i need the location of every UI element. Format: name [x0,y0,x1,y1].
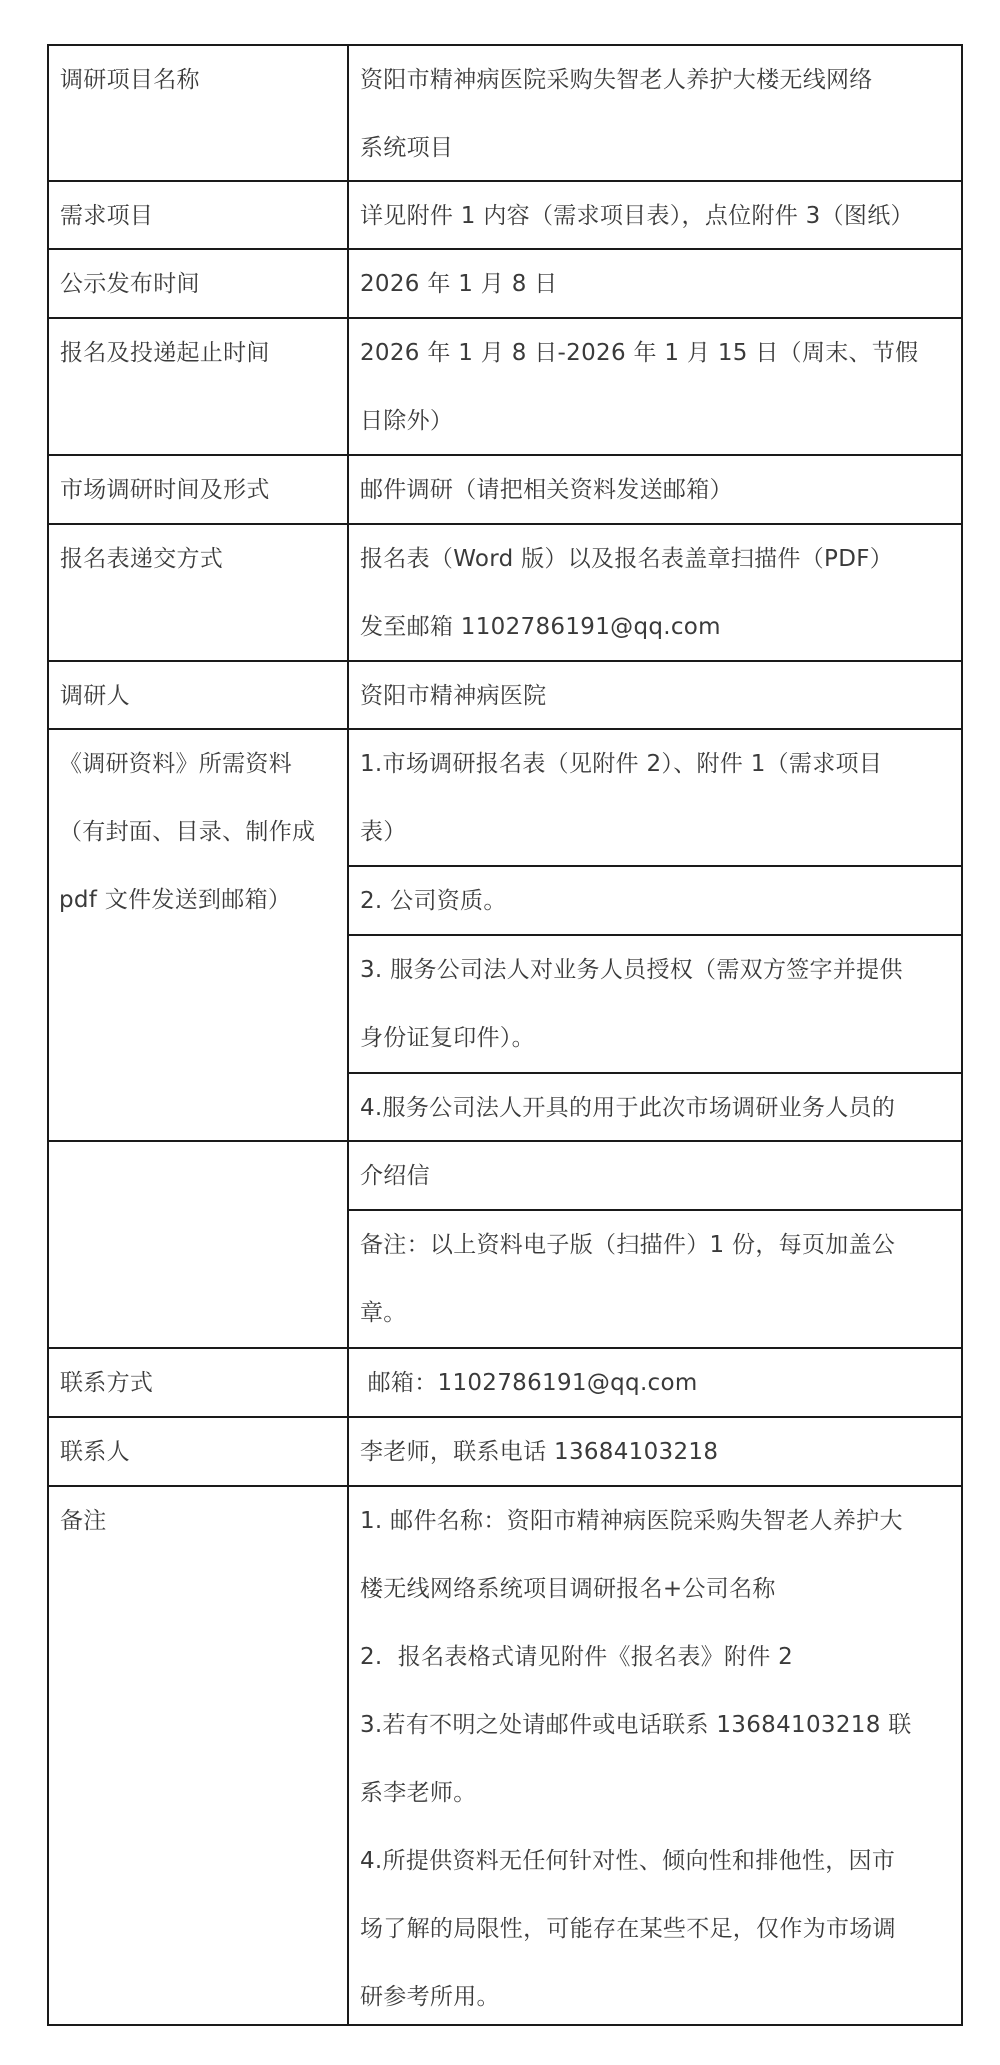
label-survey-form: 市场调研时间及形式 [49,456,347,524]
value-line: 2026 年 1 月 8 日 [360,250,951,318]
label-text: 需求项目 [60,182,337,250]
material-item-3: 3. 服务公司法人对业务人员授权（需双方签字并提供 身份证复印件）。 [349,936,961,1072]
note-line: 3.若有不明之处请邮件或电话联系 13684103218 联 [360,1691,951,1759]
value-line: 表） [360,798,951,866]
value-line: 2. 公司资质。 [360,867,951,935]
label-notes: 备注 [49,1487,347,1555]
label-text: 报名表递交方式 [60,525,337,593]
note-line: 4.所提供资料无任何针对性、倾向性和排他性，因市 [360,1827,951,1895]
value-line: 1.市场调研报名表（见附件 2）、附件 1（需求项目 [360,730,951,798]
value-contact-method: 邮箱：1102786191@qq.com [349,1349,961,1417]
label-text: 备注 [60,1487,337,1555]
note-line: 楼无线网络系统项目调研报名+公司名称 [360,1555,951,1623]
value-line: 3. 服务公司法人对业务人员授权（需双方签字并提供 [360,936,951,1004]
value-requirements: 详见附件 1 内容（需求项目表），点位附件 3（图纸） [349,182,961,250]
note-line: 研参考所用。 [360,1963,951,2031]
value-line: 介绍信 [360,1142,951,1210]
value-line: 备注：以上资料电子版（扫描件）1 份，每页加盖公 [360,1211,951,1279]
material-remark: 备注：以上资料电子版（扫描件）1 份，每页加盖公 章。 [349,1211,961,1347]
value-contact-person: 李老师，联系电话 13684103218 [349,1418,961,1486]
label-text: 《调研资料》所需资料 [59,730,345,798]
label-text: 联系人 [60,1418,337,1486]
label-publish-time: 公示发布时间 [49,250,347,318]
value-researcher: 资阳市精神病医院 [349,662,961,730]
label-required-materials: 《调研资料》所需资料 （有封面、目录、制作成 pdf 文件发送到邮箱） [49,730,347,934]
value-line: 2026 年 1 月 8 日-2026 年 1 月 15 日（周末、节假 [360,319,951,387]
value-line: 发至邮箱 1102786191@qq.com [360,593,951,661]
value-line: 资阳市精神病医院 [360,662,951,730]
note-line: 2. 报名表格式请见附件《报名表》附件 2 [360,1623,951,1691]
label-text: 调研人 [60,662,337,730]
label-text: 公示发布时间 [60,250,337,318]
value-registration-period: 2026 年 1 月 8 日-2026 年 1 月 15 日（周末、节假 日除外… [349,319,961,455]
value-line: 李老师，联系电话 13684103218 [360,1418,951,1486]
value-line: 4.服务公司法人开具的用于此次市场调研业务人员的 [360,1074,951,1142]
value-survey-form: 邮件调研（请把相关资料发送邮箱） [349,456,961,524]
value-line: 系统项目 [360,114,951,182]
value-publish-time: 2026 年 1 月 8 日 [349,250,961,318]
value-submission-method: 报名表（Word 版）以及报名表盖章扫描件（PDF） 发至邮箱 11027861… [349,525,961,661]
value-line: 章。 [360,1279,951,1347]
material-item-4-continued: 介绍信 [349,1142,961,1210]
value-line: 日除外） [360,387,951,455]
label-text: pdf 文件发送到邮箱） [59,866,345,934]
label-requirements: 需求项目 [49,182,347,250]
label-text: 调研项目名称 [60,46,337,114]
value-line: 邮件调研（请把相关资料发送邮箱） [360,456,951,524]
label-project-name: 调研项目名称 [49,46,347,114]
note-line: 场了解的局限性，可能存在某些不足，仅作为市场调 [360,1895,951,1963]
value-line: 报名表（Word 版）以及报名表盖章扫描件（PDF） [360,525,951,593]
value-line: 详见附件 1 内容（需求项目表），点位附件 3（图纸） [360,182,951,250]
label-text: 报名及投递起止时间 [60,319,337,387]
label-text: 联系方式 [60,1349,337,1417]
label-text: 市场调研时间及形式 [60,456,337,524]
value-project-name: 资阳市精神病医院采购失智老人养护大楼无线网络 系统项目 [349,46,961,182]
material-item-2: 2. 公司资质。 [349,867,961,935]
material-item-1: 1.市场调研报名表（见附件 2）、附件 1（需求项目 表） [349,730,961,866]
value-notes: 1. 邮件名称：资阳市精神病医院采购失智老人养护大 楼无线网络系统项目调研报名+… [349,1487,961,2031]
label-contact-person: 联系人 [49,1418,347,1486]
value-line: 身份证复印件）。 [360,1004,951,1072]
note-line: 系李老师。 [360,1759,951,1827]
value-line: 资阳市精神病医院采购失智老人养护大楼无线网络 [360,46,951,114]
label-contact-method: 联系方式 [49,1349,347,1417]
label-submission-method: 报名表递交方式 [49,525,347,593]
material-item-4: 4.服务公司法人开具的用于此次市场调研业务人员的 [349,1074,961,1142]
label-text: （有封面、目录、制作成 [59,798,345,866]
label-researcher: 调研人 [49,662,347,730]
email-link[interactable]: 邮箱：1102786191@qq.com [360,1349,951,1417]
label-registration-period: 报名及投递起止时间 [49,319,347,387]
note-line: 1. 邮件名称：资阳市精神病医院采购失智老人养护大 [360,1487,951,1555]
